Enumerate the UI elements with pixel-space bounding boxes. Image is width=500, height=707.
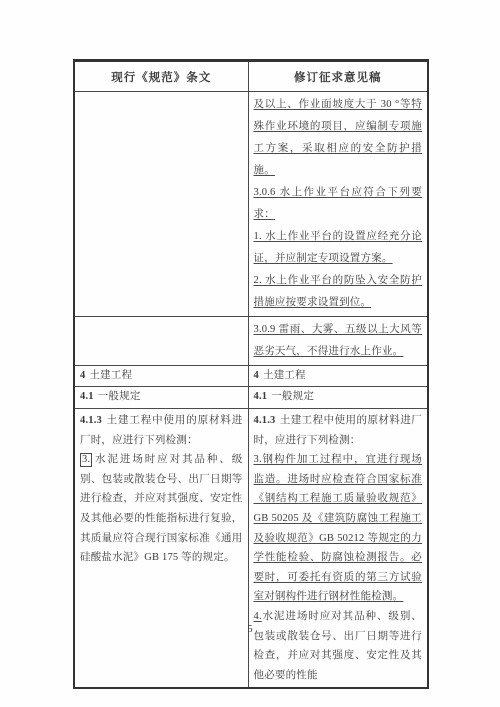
section-title: 一般规定 [98, 391, 141, 402]
table-header-row: 现行《规范》条文 修订征求意见稿 [74, 61, 428, 92]
cell-current-section-4-1: 4.1一般规定 [74, 387, 248, 409]
clause-number: 4.1.3 [254, 415, 276, 426]
paragraph-chapter-4: 4土建工程 [80, 368, 243, 383]
document-page: 现行《规范》条文 修订征求意见稿 及以上、作业面坡度大于 30 °等特殊作业环境… [0, 0, 500, 707]
cell-revision-section-4-1: 4.1一般规定 [248, 387, 428, 409]
paragraph-clause-4-1-3-lead: 4.1.3土建工程中使用的原材料进厂时，应进行下列检测： [80, 411, 243, 450]
paragraph-cement-item: 4.水泥进场时应对其品种、级别、包装或散装仓号、出厂日期等进行检查，并应对其强度… [254, 607, 423, 685]
revision-comparison-table: 现行《规范》条文 修订征求意见稿 及以上、作业面坡度大于 30 °等特殊作业环境… [73, 59, 429, 689]
chapter-number: 4 [254, 370, 259, 381]
column-header-current-spec: 现行《规范》条文 [74, 61, 248, 92]
clause-lead-text: 土建工程中使用的原材料进厂时，应进行下列检测： [254, 415, 423, 446]
paragraph-item-1: 1. 水上作业平台的设置应经充分论证，并应制定专项设置方案。 [254, 226, 423, 270]
paragraph-section-4-1: 4.1一般规定 [80, 389, 243, 404]
table-row-bad-weather: 3.0.9 雷雨、大雾、五级以上大风等恶劣天气，不得进行水上作业。 [74, 317, 428, 366]
paragraph-item-2: 2. 水上作业平台的防坠入安全防护措施应按要求设置到位。 [254, 270, 423, 314]
cell-current-clause-4-1-3: 4.1.3土建工程中使用的原材料进厂时，应进行下列检测： 3.水泥进场时应对其品… [74, 409, 248, 689]
chapter-title: 土建工程 [89, 370, 132, 381]
table-row-section-4-1: 4.1一般规定 4.1一般规定 [74, 387, 428, 409]
cell-revision-water-platform: 及以上、作业面坡度大于 30 °等特殊作业环境的项目，应编制专项施工方案，采取相… [248, 92, 428, 317]
clause-lead-text: 土建工程中使用的原材料进厂时，应进行下列检测： [80, 415, 243, 446]
paragraph-section-4-1: 4.1一般规定 [254, 389, 423, 404]
section-number: 4.1 [80, 391, 94, 402]
table-row-clause-4-1-3: 4.1.3土建工程中使用的原材料进厂时，应进行下列检测： 3.水泥进场时应对其品… [74, 409, 428, 689]
paragraph-clause-4-1-3-lead: 4.1.3土建工程中使用的原材料进厂时，应进行下列检测： [254, 411, 423, 450]
paragraph-cement-item: 3.水泥进场时应对其品种、级别、包装或散装仓号、出厂日期等进行检查，并应对其强度… [80, 450, 243, 568]
table-row-water-platform: 及以上、作业面坡度大于 30 °等特殊作业环境的项目，应编制专项施工方案，采取相… [74, 92, 428, 317]
paragraph-chapter-4: 4土建工程 [254, 368, 423, 383]
chapter-title: 土建工程 [263, 370, 306, 381]
section-title: 一般规定 [271, 391, 314, 402]
cement-item-text: 水泥进场时应对其品种、级别、包装或散装仓号、出厂日期等进行检查，并应对其强度、安… [254, 611, 423, 681]
paragraph-slope-continuation: 及以上、作业面坡度大于 30 °等特殊作业环境的项目，应编制专项施工方案，采取相… [254, 94, 423, 182]
paragraph-steel-member-item: 3.钢构件加工过程中，宜进行现场监造。进场时应检查符合国家标准《钢结构工程施工质… [254, 450, 423, 607]
table-row-chapter-4: 4土建工程 4土建工程 [74, 366, 428, 387]
section-number: 4.1 [254, 391, 268, 402]
cell-current-chapter-4: 4土建工程 [74, 366, 248, 387]
clause-number: 4.1.3 [80, 415, 102, 426]
paragraph-clause-3-0-6: 3.0.6 水上作业平台应符合下列要求： [254, 182, 423, 226]
cell-revision-chapter-4: 4土建工程 [248, 366, 428, 387]
cement-item-text: 水泥进场时应对其品种、级别、包装或散装仓号、出厂日期等进行检查，并应对其强度、安… [80, 454, 243, 563]
cell-current-empty-1 [74, 92, 248, 317]
cell-current-empty-2 [74, 317, 248, 366]
chapter-number: 4 [80, 370, 85, 381]
column-header-revision-draft: 修订征求意见稿 [248, 61, 428, 92]
cell-revision-clause-3-0-9: 3.0.9 雷雨、大雾、五级以上大风等恶劣天气，不得进行水上作业。 [248, 317, 428, 366]
page-number: 5 [0, 624, 500, 635]
inserted-item-number: 4. [254, 611, 262, 622]
paragraph-clause-3-0-9: 3.0.9 雷雨、大雾、五级以上大风等恶劣天气，不得进行水上作业。 [254, 319, 423, 363]
deleted-item-number: 3. [80, 453, 92, 467]
cell-revision-clause-4-1-3: 4.1.3土建工程中使用的原材料进厂时，应进行下列检测： 3.钢构件加工过程中，… [248, 409, 428, 689]
